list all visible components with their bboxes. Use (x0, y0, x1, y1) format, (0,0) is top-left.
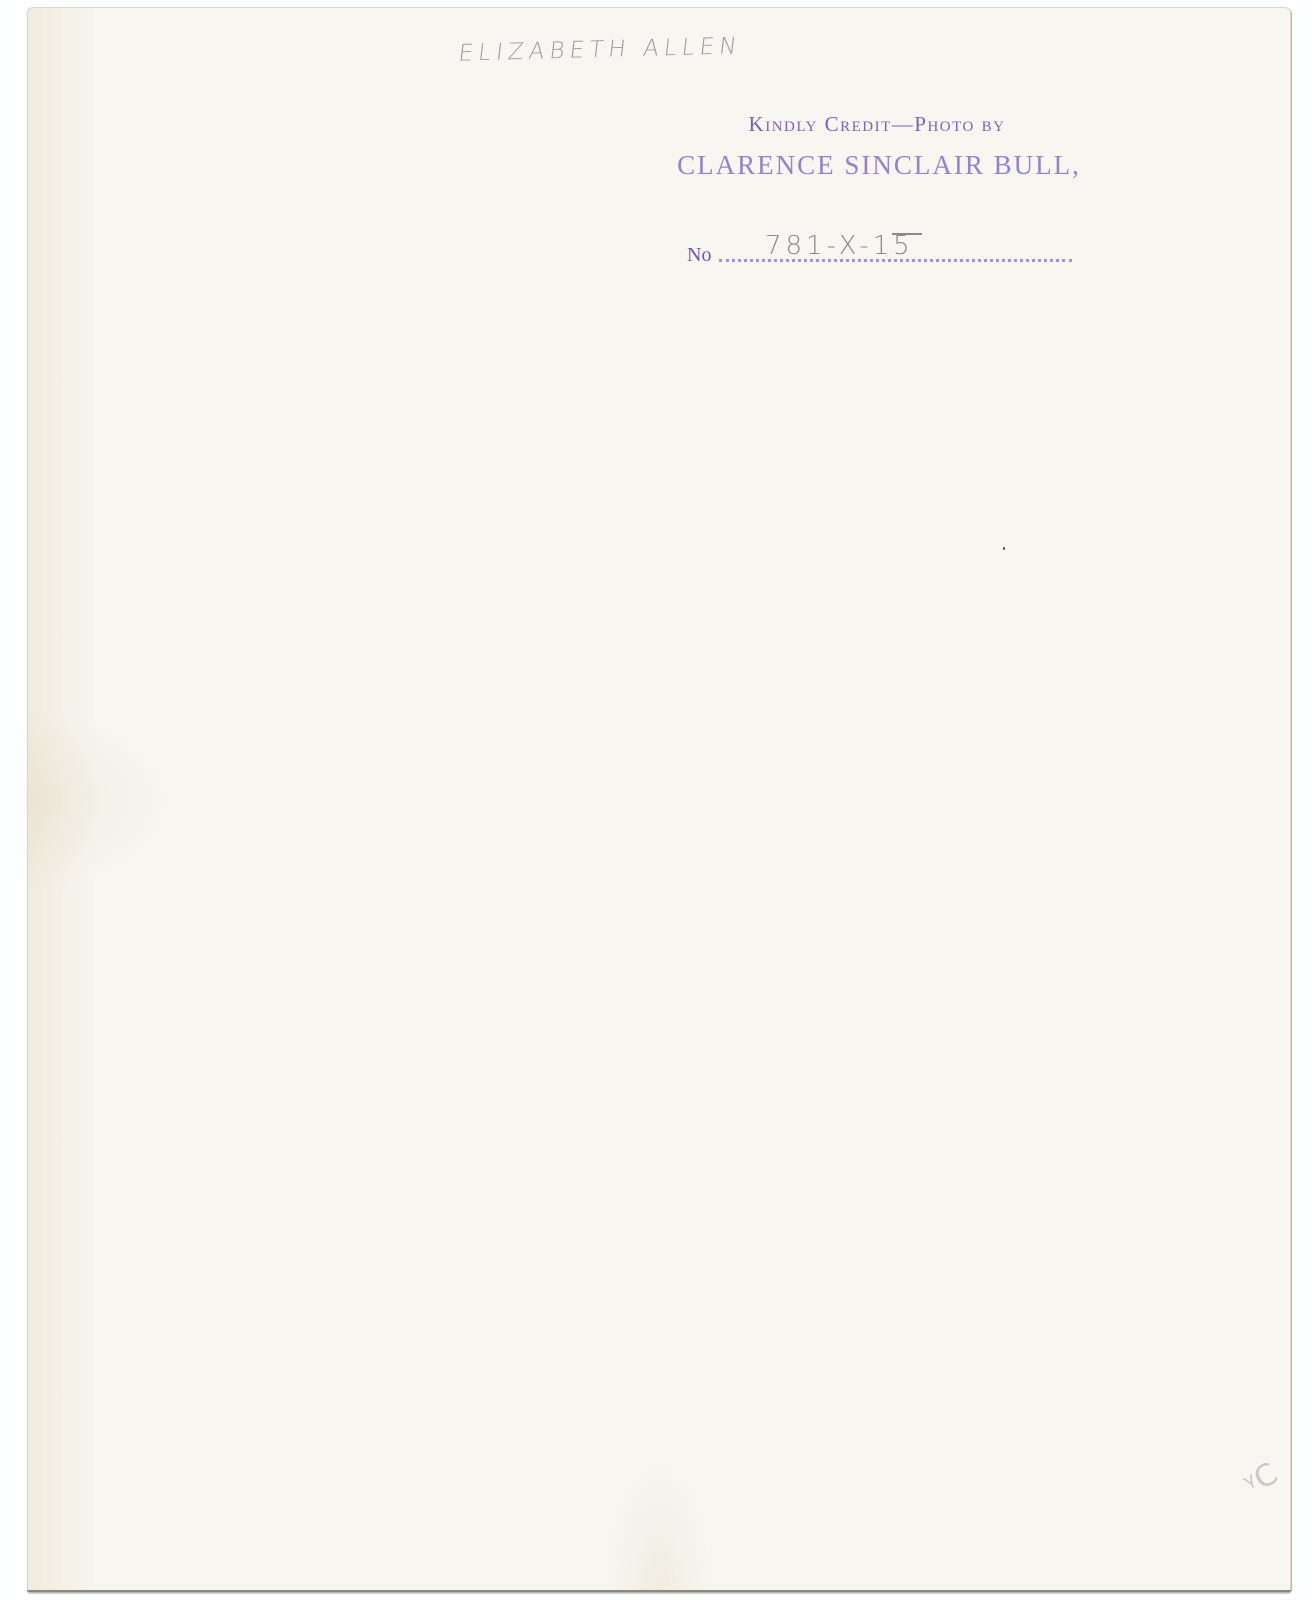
pencil-inscription: ELIZABETH ALLEN (457, 33, 743, 66)
photo-number-row: No 781-X-15 (687, 231, 1072, 271)
scan-background: ELIZABETH ALLEN Kindly Credit—Photo by C… (0, 0, 1312, 1600)
photo-back-paper: ELIZABETH ALLEN Kindly Credit—Photo by C… (27, 7, 1291, 1592)
pencil-photo-number: 781-X-15 (765, 231, 914, 261)
stamp-number-label: No (687, 244, 711, 267)
stamp-credit-line: Kindly Credit—Photo by (677, 112, 1077, 137)
corner-pencil-mark: ᵞC (1238, 1456, 1283, 1502)
paper-speck (1003, 547, 1005, 550)
stamp-photographer-name: CLARENCE SINCLAIR BULL, (639, 150, 1119, 181)
